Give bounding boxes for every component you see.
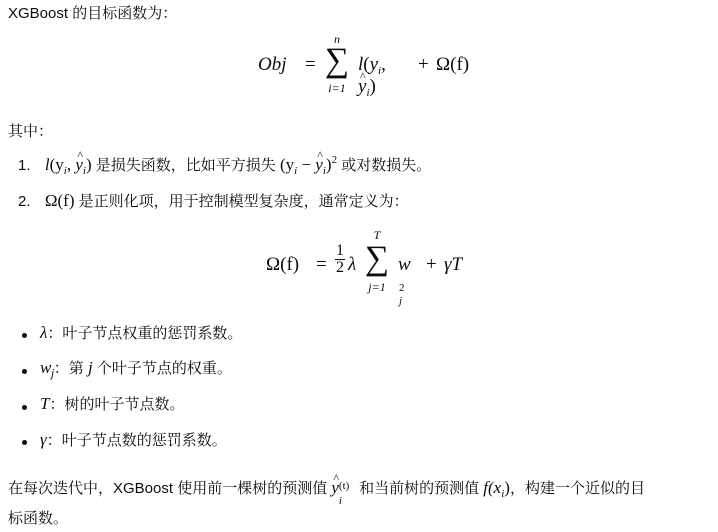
- y-sub: i: [378, 65, 381, 77]
- y-var: y: [370, 54, 378, 75]
- sum-symbol-icon: ∑: [321, 44, 353, 78]
- intro-text: XGBoost 的目标函数为：: [8, 2, 177, 23]
- square-loss-math: (yi − yi)2: [280, 155, 337, 174]
- bullet-math: γ: [40, 430, 47, 449]
- reg-lhs: Ω(f): [266, 254, 299, 276]
- closing-line-1: 在每次迭代中，XGBoost 使用前一棵树的预测值 y(t)i 和当前树的预测值…: [8, 477, 645, 498]
- bullet-icon: [22, 440, 27, 445]
- bullet-item-gamma: γ：叶子节点数的惩罚系数。: [40, 429, 227, 450]
- reg-equals: =: [316, 254, 327, 276]
- loss-math: l(yi, yi): [45, 155, 92, 174]
- reg-term: Ω(f): [436, 54, 469, 76]
- reg-plus: +: [426, 254, 437, 276]
- where-label: 其中：: [8, 120, 53, 141]
- bullet-text: ：第: [54, 360, 88, 377]
- bullet-icon: [22, 405, 27, 410]
- list-text-1a: 是损失函数，比如平方损失: [92, 157, 280, 174]
- bullet-text: ：叶子节点数的惩罚系数。: [47, 432, 227, 449]
- list-text-2: 是正则化项，用于控制模型复杂度，通常定义为：: [74, 193, 408, 210]
- comma: ,: [381, 54, 386, 75]
- sum-lower: i=1: [321, 81, 353, 96]
- gamma-t: γT: [444, 254, 462, 276]
- bullet-item-wj: wj：第 j 个叶子节点的权重。: [40, 357, 232, 378]
- eq-plus: +: [418, 54, 429, 76]
- bullet-text: ：叶子节点权重的惩罚系数。: [47, 325, 242, 342]
- eq-equals: =: [305, 54, 316, 76]
- sum-symbol-icon: ∑: [360, 242, 394, 276]
- bullet-text: ：树的叶子节点数。: [49, 396, 184, 413]
- closing-line-2: 标函数。: [8, 507, 68, 528]
- sum-lower: j=1: [360, 280, 394, 295]
- list-number: 1.: [18, 157, 31, 174]
- eq-lhs: Obj: [258, 54, 287, 76]
- yhat-math: y(t)i: [331, 478, 355, 497]
- lambda-symbol: λ: [348, 254, 356, 276]
- bullet-item-lambda: λ：叶子节点权重的惩罚系数。: [40, 322, 242, 343]
- bullet-math: w: [40, 358, 51, 377]
- loss-term: l(yi, yi): [358, 54, 390, 98]
- bullet-icon: [22, 369, 27, 374]
- paren-close: ): [370, 76, 376, 97]
- y-hat-sub: i: [366, 87, 369, 99]
- bullet-icon: [22, 333, 27, 338]
- list-item-1: 1. l(yi, yi) 是损失函数，比如平方损失 (yi − yi)2 或对数…: [18, 154, 431, 175]
- fraction-half: 1 2: [335, 243, 345, 276]
- list-number: 2.: [18, 193, 31, 210]
- bullet-item-t: T：树的叶子节点数。: [40, 393, 184, 414]
- w-term: w2j: [398, 254, 411, 298]
- omega-math: Ω(f): [45, 191, 75, 210]
- list-text-1b: 或对数损失。: [337, 157, 431, 174]
- list-item-2: 2. Ω(f) 是正则化项，用于控制模型复杂度，通常定义为：: [18, 190, 409, 211]
- fx-math: f(xi): [483, 478, 510, 497]
